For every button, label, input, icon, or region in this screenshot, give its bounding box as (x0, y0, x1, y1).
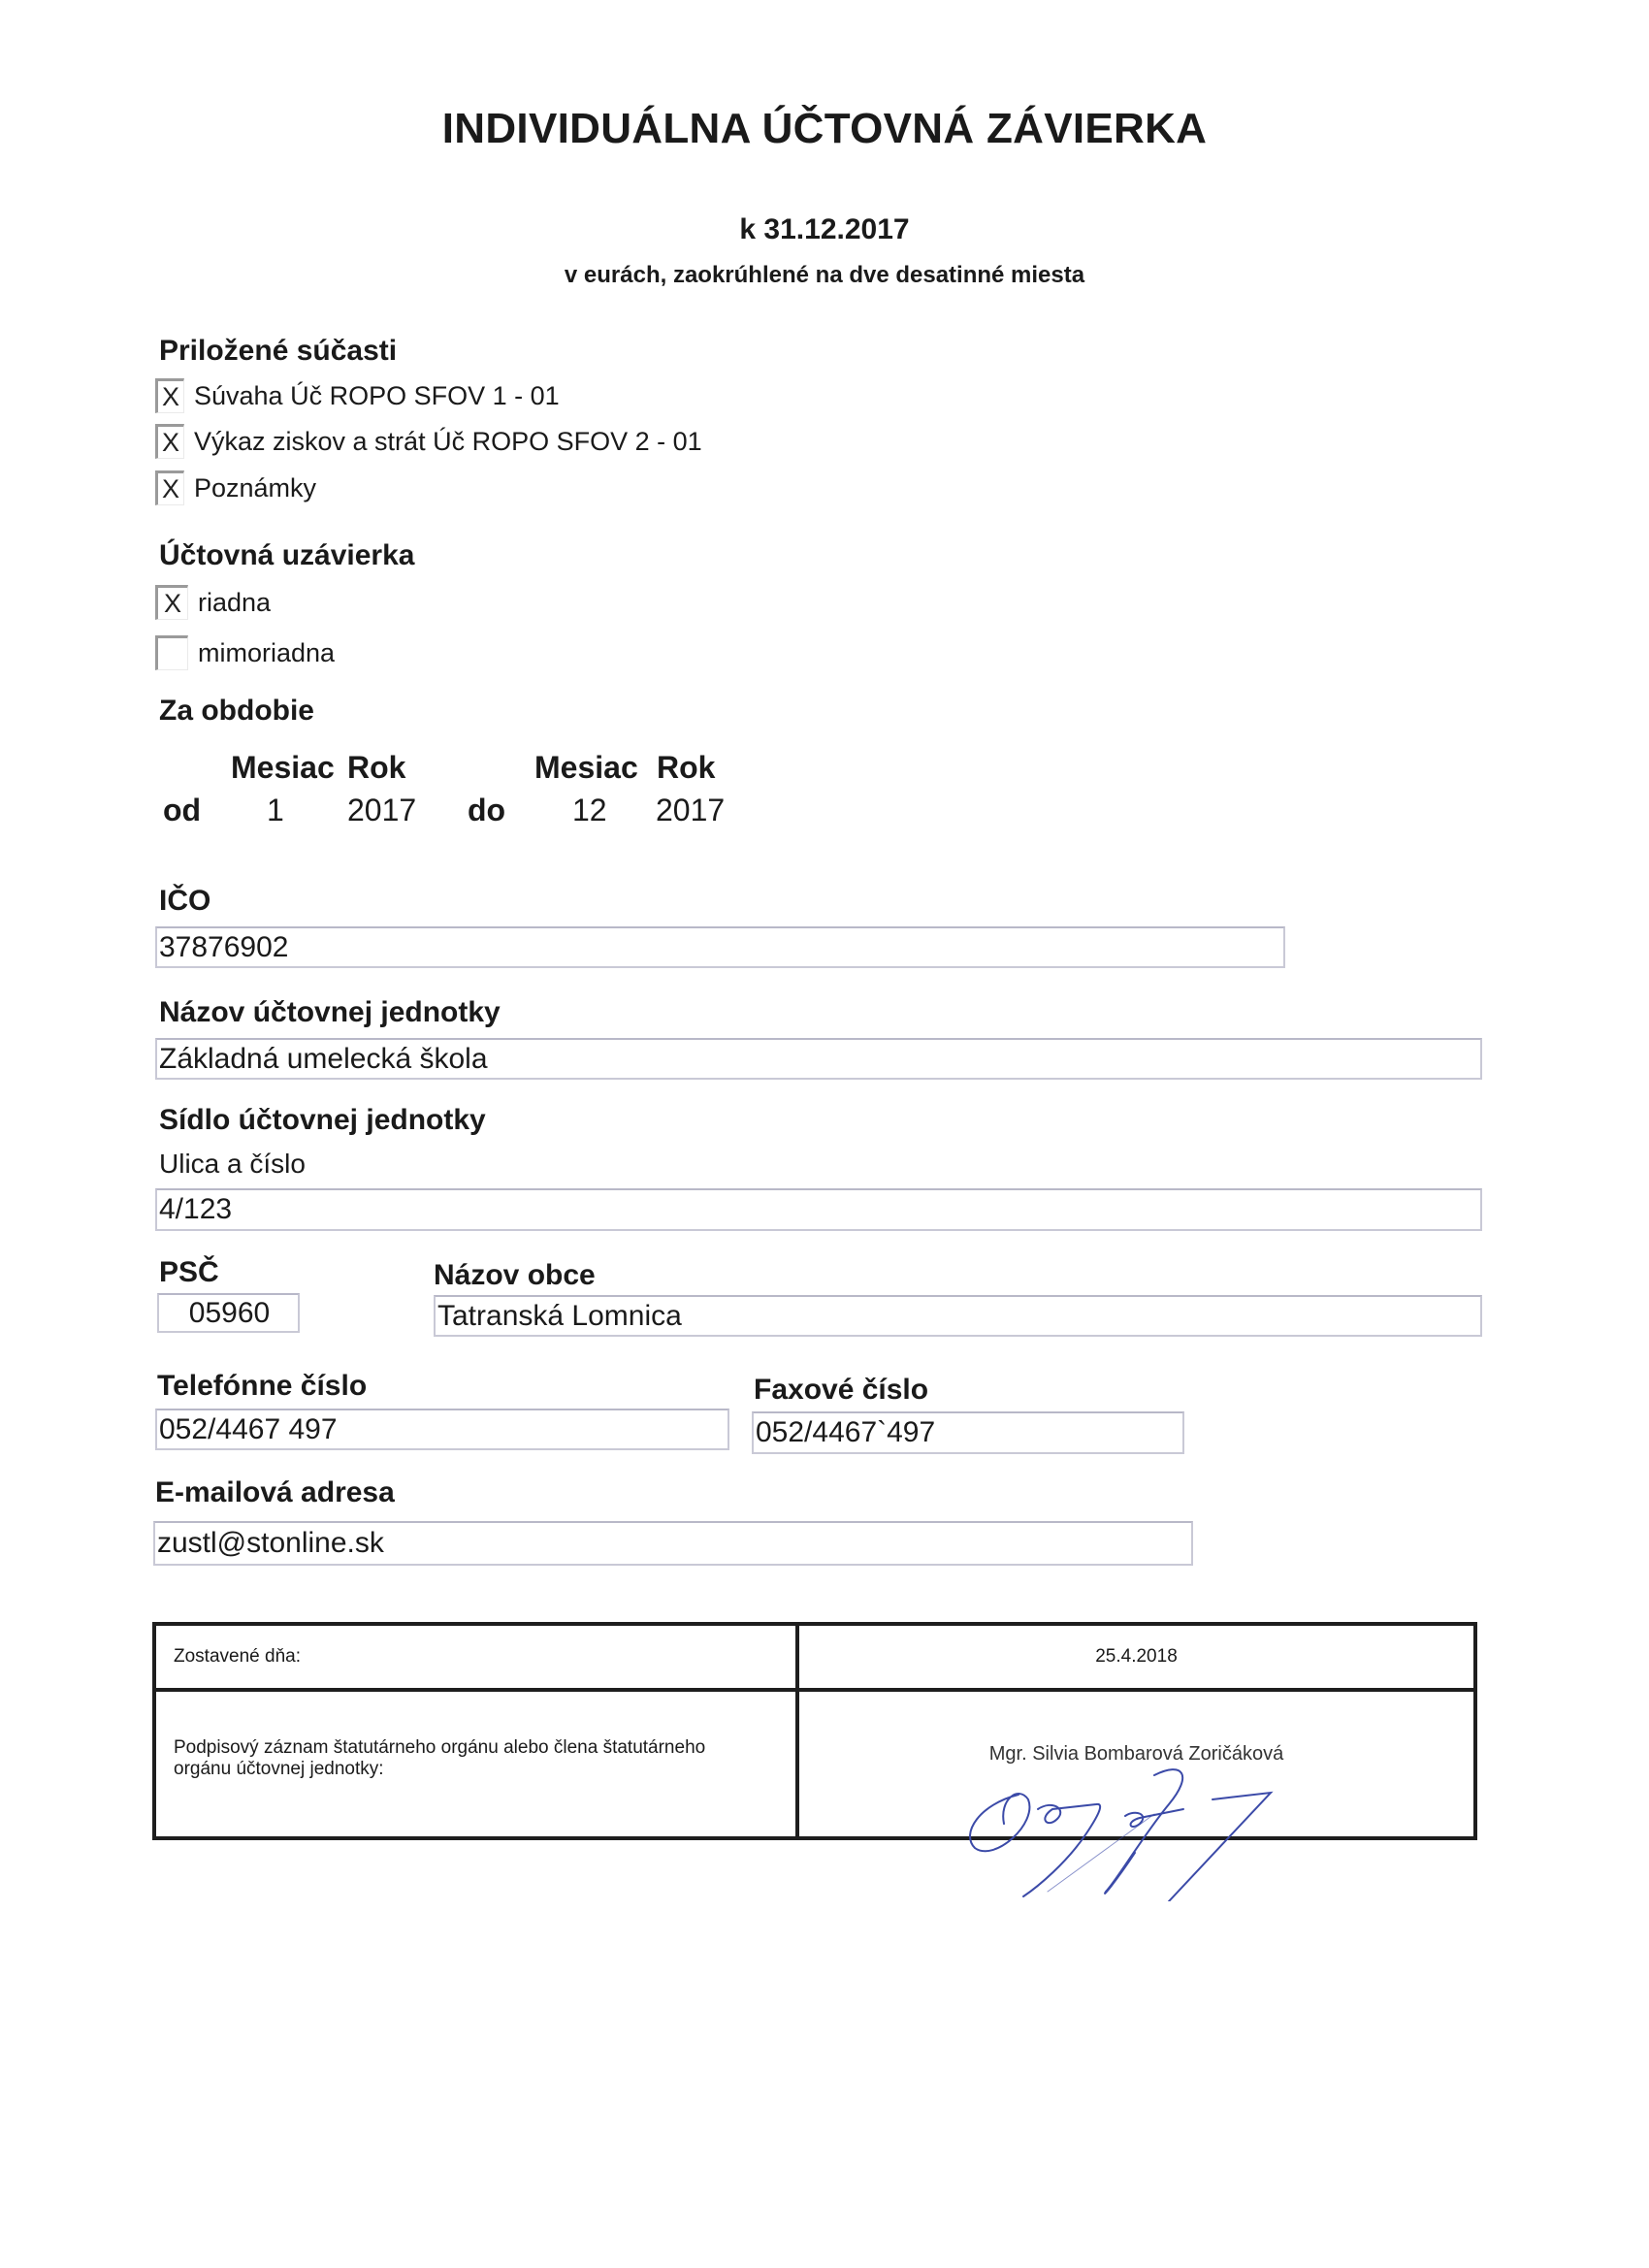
to-label: do (468, 793, 505, 828)
entity-name-field[interactable]: Základná umelecká škola (155, 1038, 1482, 1080)
city-label: Názov obce (434, 1259, 596, 1292)
email-field[interactable]: zustl@stonline.sk (153, 1521, 1193, 1566)
entity-seat-heading: Sídlo účtovnej jednotky (159, 1104, 486, 1137)
attachment-item[interactable]: X Poznámky (155, 470, 316, 505)
compiled-date-value: 25.4.2018 (797, 1624, 1475, 1690)
to-month-label: Mesiac (534, 750, 638, 786)
psc-label: PSČ (159, 1256, 219, 1289)
to-year-label: Rok (657, 750, 715, 786)
to-month-value: 12 (572, 793, 607, 828)
city-field[interactable]: Tatranská Lomnica (434, 1295, 1482, 1337)
from-month-label: Mesiac (231, 750, 335, 786)
to-year-value: 2017 (656, 793, 725, 828)
phone-label: Telefónne číslo (157, 1370, 367, 1403)
checkbox-checked[interactable]: X (155, 585, 188, 620)
checkbox-unchecked[interactable] (155, 635, 188, 670)
entity-name-label: Názov účtovnej jednotky (159, 996, 501, 1029)
from-label: od (163, 793, 201, 828)
attachment-item[interactable]: X Výkaz ziskov a strát Úč ROPO SFOV 2 - … (155, 424, 702, 459)
street-field[interactable]: 4/123 (155, 1188, 1482, 1231)
handwritten-signature-icon (960, 1756, 1377, 1901)
checkbox-checked[interactable]: X (155, 470, 184, 505)
street-label: Ulica a číslo (159, 1149, 306, 1180)
fax-label: Faxové číslo (754, 1374, 928, 1407)
email-label: E-mailová adresa (155, 1476, 395, 1509)
attachment-item[interactable]: X Súvaha Úč ROPO SFOV 1 - 01 (155, 378, 560, 413)
closing-option-label: riadna (198, 588, 271, 618)
checkbox-checked[interactable]: X (155, 424, 184, 459)
compiled-date-label: Zostavené dňa: (154, 1624, 797, 1690)
phone-field[interactable]: 052/4467 497 (155, 1409, 729, 1450)
from-year-value: 2017 (347, 793, 416, 828)
checkbox-checked[interactable]: X (155, 378, 184, 413)
signature-record-text: Podpisový záznam štatutárneho orgánu ale… (174, 1737, 717, 1780)
signature-record-label: Podpisový záznam štatutárneho orgánu ale… (154, 1690, 797, 1838)
ico-field[interactable]: 37876902 (155, 926, 1285, 968)
attachment-label: Súvaha Úč ROPO SFOV 1 - 01 (194, 381, 560, 411)
attachment-label: Výkaz ziskov a strát Úč ROPO SFOV 2 - 01 (194, 427, 702, 457)
report-date: k 31.12.2017 (0, 213, 1649, 246)
attachment-label: Poznámky (194, 473, 316, 503)
fax-field[interactable]: 052/4467`497 (752, 1411, 1184, 1454)
attachments-heading: Priložené súčasti (159, 335, 397, 368)
document-title: INDIVIDUÁLNA ÚČTOVNÁ ZÁVIERKA (0, 105, 1649, 153)
ico-label: IČO (159, 885, 210, 918)
period-heading: Za obdobie (159, 695, 314, 728)
currency-note: v eurách, zaokrúhlené na dve desatinné m… (0, 262, 1649, 289)
from-month-value: 1 (267, 793, 284, 828)
closing-option-regular[interactable]: X riadna (155, 585, 271, 620)
psc-field[interactable]: 05960 (157, 1293, 300, 1333)
closing-option-label: mimoriadna (198, 638, 335, 668)
closing-option-extraordinary[interactable]: mimoriadna (155, 635, 335, 670)
closing-heading: Účtovná uzávierka (159, 539, 414, 572)
from-year-label: Rok (347, 750, 405, 786)
